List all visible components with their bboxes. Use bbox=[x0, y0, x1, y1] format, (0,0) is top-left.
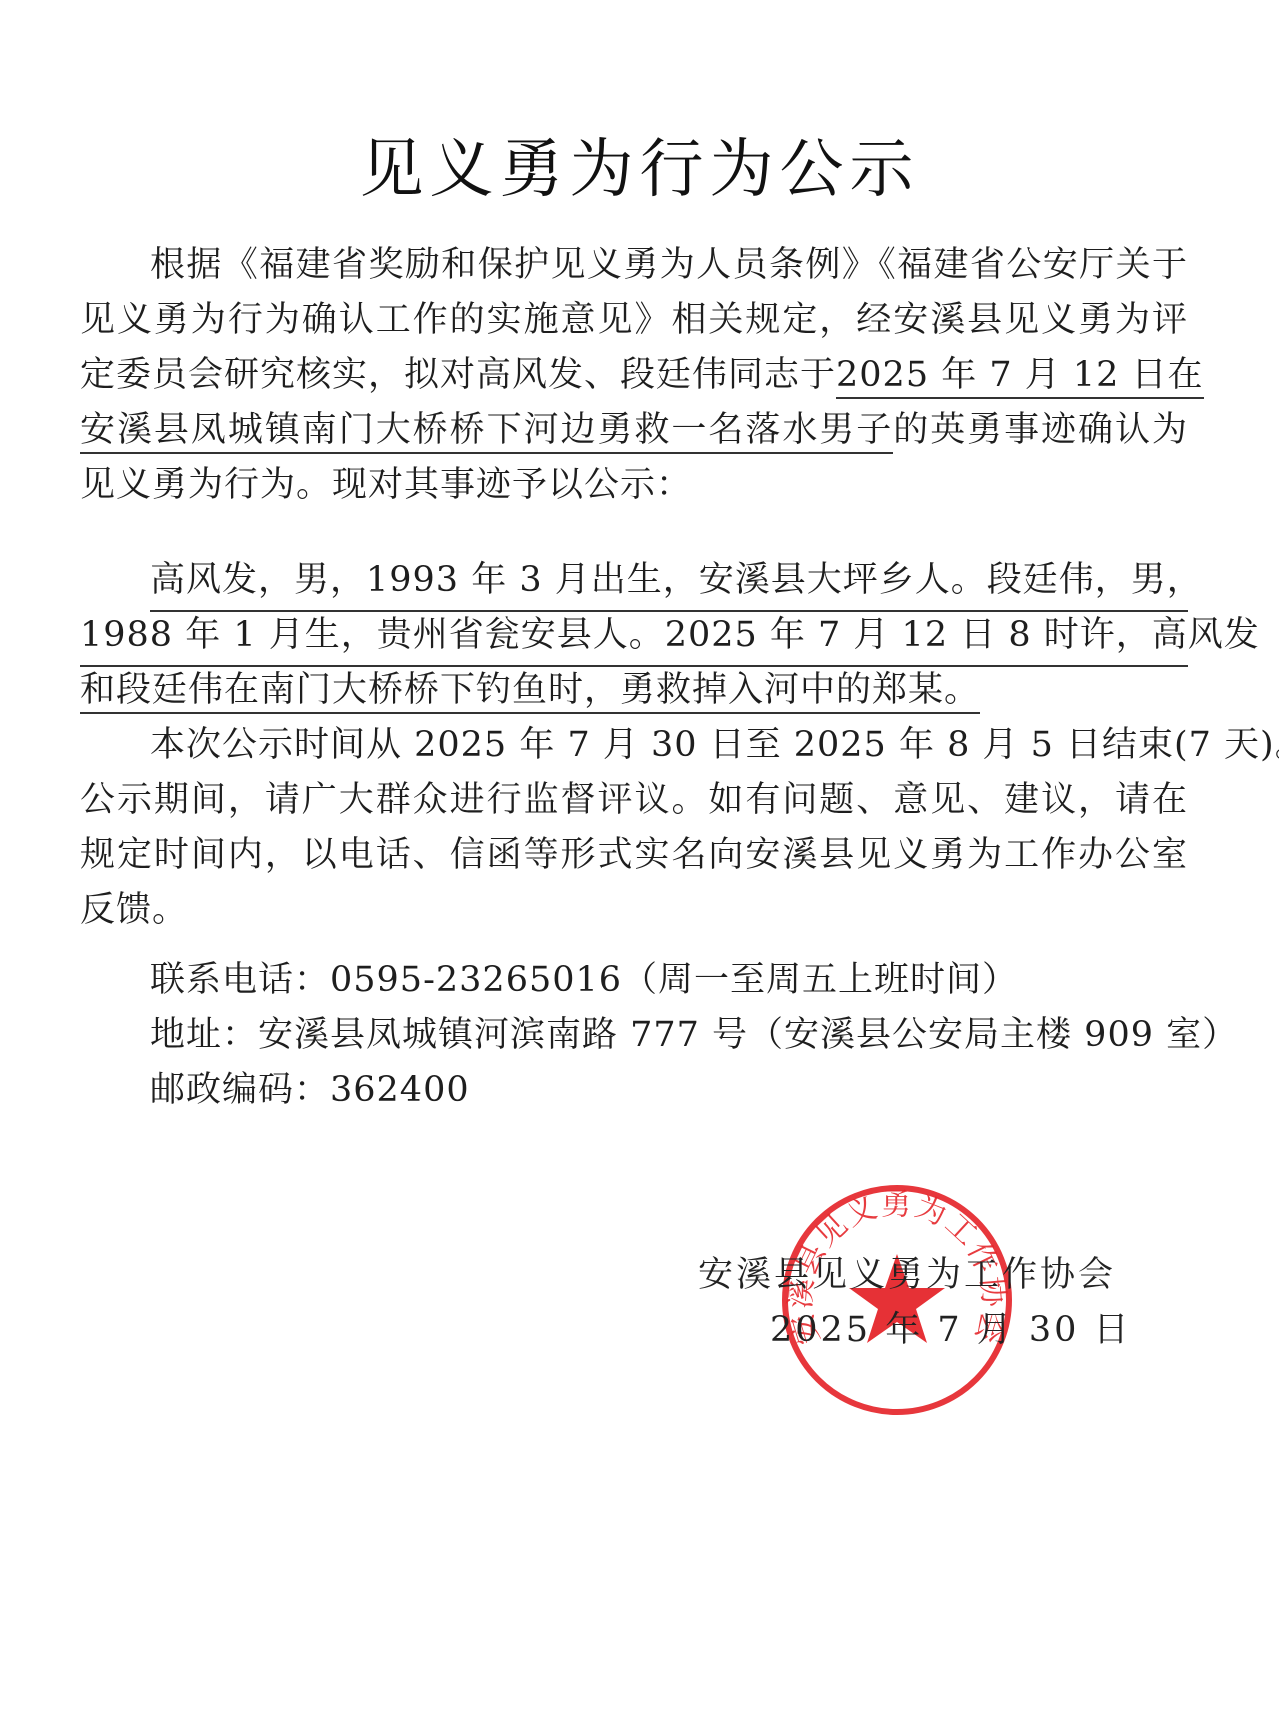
notice-page: 见义勇为行为公示 根据《福建省奖励和保护见义勇为人员条例》《福建省公安厅关于 见… bbox=[0, 0, 1279, 1710]
seal-graphic: 安溪县见义勇为工作协会 bbox=[779, 1182, 1015, 1418]
paragraph1-line3-text: 定委员会研究核实，拟对高风发、段廷伟同志于 bbox=[80, 355, 836, 395]
incident-location-underlined: 安溪县凤城镇南门大桥桥下河边勇救一名落水男子 bbox=[80, 410, 893, 454]
paragraph3-line3: 规定时间内，以电话、信函等形式实名向安溪县见义勇为工作办公室 bbox=[80, 828, 1188, 883]
paragraph2-line2: 1988 年 1 月生，贵州省瓮安县人。2025 年 7 月 12 日 8 时许… bbox=[80, 608, 1188, 663]
paragraph3-line1: 本次公示时间从 2025 年 7 月 30 日至 2025 年 8 月 5 日结… bbox=[150, 718, 1188, 773]
signature-date: 2025 年 7 月 30 日 bbox=[770, 1305, 1132, 1355]
contact-address: 地址：安溪县凤城镇河滨南路 777 号（安溪县公安局主楼 909 室） bbox=[150, 1008, 1190, 1063]
paragraph1-line3: 定委员会研究核实，拟对高风发、段廷伟同志于2025 年 7 月 12 日在 bbox=[80, 348, 1188, 403]
paragraph1-line5: 见义勇为行为。现对其事迹予以公示： bbox=[80, 458, 1188, 513]
paragraph2-line2-text: 1988 年 1 月生，贵州省瓮安县人。2025 年 7 月 12 日 8 时许… bbox=[80, 608, 1188, 667]
paragraph2-line1: 高风发，男，1993 年 3 月出生，安溪县大坪乡人。段廷伟，男， bbox=[150, 553, 1188, 608]
paragraph1-line1: 根据《福建省奖励和保护见义勇为人员条例》《福建省公安厅关于 bbox=[150, 238, 1188, 293]
paragraph2-line1-text: 高风发，男，1993 年 3 月出生，安溪县大坪乡人。段廷伟，男， bbox=[150, 553, 1188, 612]
official-seal: 安溪县见义勇为工作协会 bbox=[779, 1182, 1015, 1418]
contact-phone: 联系电话：0595-23265016（周一至周五上班时间） bbox=[150, 953, 1188, 1008]
paragraph3-line2: 公示期间，请广大群众进行监督评议。如有问题、意见、建议，请在 bbox=[80, 773, 1188, 828]
contact-postcode: 邮政编码：362400 bbox=[150, 1063, 1188, 1118]
signature-organization: 安溪县见义勇为工作协会 bbox=[698, 1250, 1116, 1300]
incident-date-underlined: 2025 年 7 月 12 日在 bbox=[836, 355, 1204, 399]
paragraph2-line3: 和段廷伟在南门大桥桥下钓鱼时，勇救掉入河中的郑某。 bbox=[80, 663, 1188, 718]
paragraph1-line4: 安溪县凤城镇南门大桥桥下河边勇救一名落水男子的英勇事迹确认为 bbox=[80, 403, 1188, 458]
paragraph3-line4: 反馈。 bbox=[80, 883, 1188, 938]
paragraph1-line2: 见义勇为行为确认工作的实施意见》相关规定，经安溪县见义勇为评 bbox=[80, 293, 1188, 348]
page-title: 见义勇为行为公示 bbox=[0, 118, 1279, 210]
paragraph1-line4-text: 的英勇事迹确认为 bbox=[893, 410, 1188, 450]
paragraph2-line3-text: 和段廷伟在南门大桥桥下钓鱼时，勇救掉入河中的郑某。 bbox=[80, 670, 980, 714]
